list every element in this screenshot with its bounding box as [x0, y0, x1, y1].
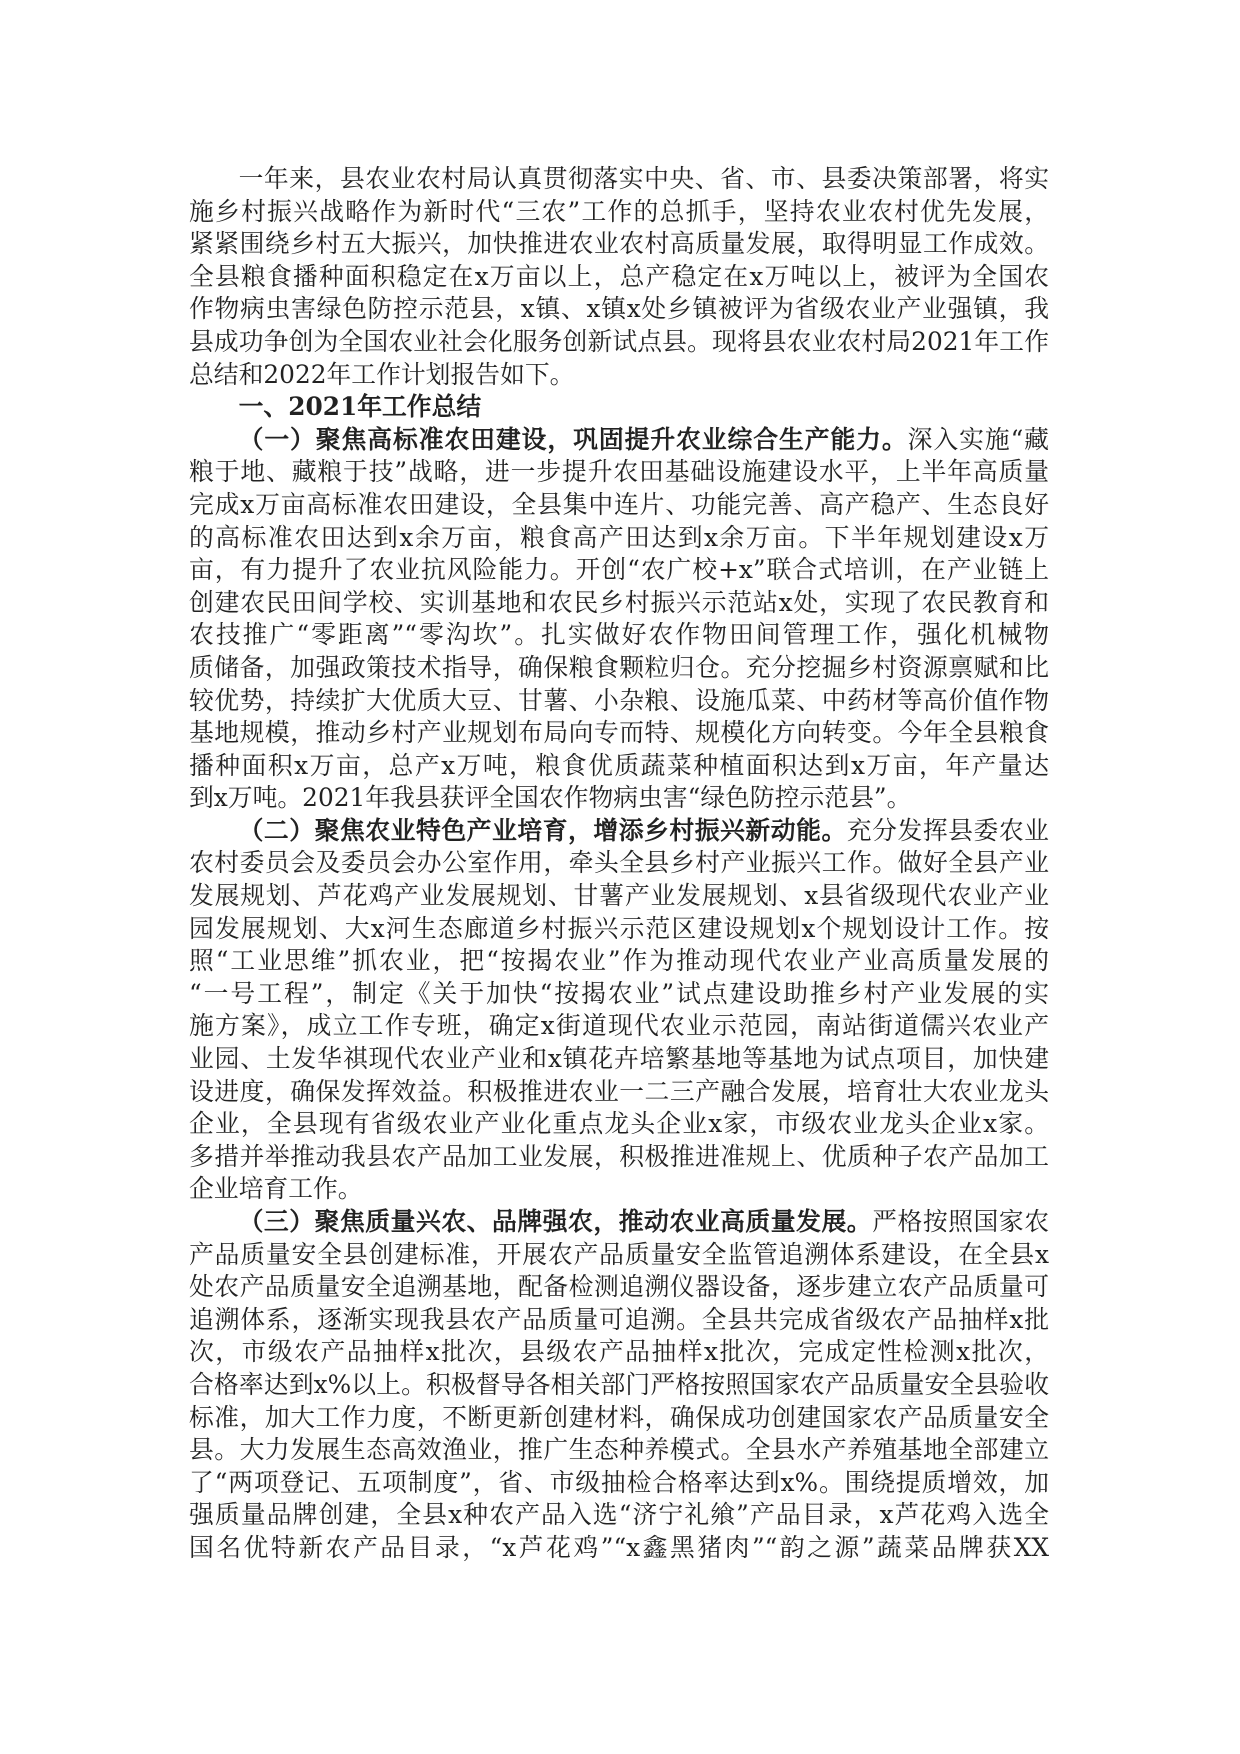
subsection-2-paragraph: （二）聚焦农业特色产业培育，增添乡村振兴新动能。充分发挥县委农业 农村委员会及委… [189, 815, 1049, 1206]
text-line: 全县粮食播种面积稳定在x万亩以上，总产稳定在x万吨以上，被评为全国农 [189, 261, 1049, 294]
text-line: 合格率达到x%以上。积极督导各相关部门严格按照国家农产品质量安全县验收 [189, 1369, 1049, 1402]
text-line: 处农产品质量安全追溯基地，配备检测追溯仪器设备，逐步建立农产品质量可 [189, 1271, 1049, 1304]
section-heading: 一、2021年工作总结 [189, 391, 1049, 424]
text-line: 质储备，加强政策技术指导，确保粮食颗粒归仓。充分挖掘乡村资源禀赋和比 [189, 652, 1049, 685]
text-line: 园发展规划、大x河生态廊道乡村振兴示范区建设规划x个规划设计工作。按 [189, 913, 1049, 946]
text-line: 业园、土发华祺现代农业产业和x镇花卉培繁基地等基地为试点项目，加快建 [189, 1043, 1049, 1076]
subsection-3-paragraph: （三）聚焦质量兴农、品牌强农，推动农业高质量发展。严格按照国家农 产品质量安全县… [189, 1206, 1049, 1565]
text-line: 播种面积x万亩，总产x万吨，粮食优质蔬菜种植面积达到x万亩，年产量达 [189, 750, 1049, 783]
text-line: （二）聚焦农业特色产业培育，增添乡村振兴新动能。充分发挥县委农业 [189, 815, 1049, 848]
text-line: 追溯体系，逐渐实现我县农产品质量可追溯。全县共完成省级农产品抽样x批 [189, 1304, 1049, 1337]
text-line: 到x万吨。2021年我县获评全国农作物病虫害“绿色防控示范县”。 [189, 782, 1049, 815]
text-line: 多措并举推动我县农产品加工业发展，积极推进准规上、优质种子农产品加工 [189, 1141, 1049, 1174]
document-body: 一年来，县农业农村局认真贯彻落实中央、省、市、县委决策部署，将实 施乡村振兴战略… [189, 163, 1049, 1565]
text-line: 强质量品牌创建，全县x种农产品入选“济宁礼飨”产品目录，x芦花鸡入选全 [189, 1499, 1049, 1532]
text-line: 国名优特新农产品目录，“x芦花鸡”“x鑫黑猪肉”“韵之源”蔬菜品牌获XX [189, 1532, 1049, 1565]
text-line: 标准，加大工作力度，不断更新创建材料，确保成功创建国家农产品质量安全 [189, 1402, 1049, 1435]
text-line: 紧紧围绕乡村五大振兴，加快推进农业农村高质量发展，取得明显工作成效。 [189, 228, 1049, 261]
text-line: 创建农民田间学校、实训基地和农民乡村振兴示范站x处，实现了农民教育和 [189, 587, 1049, 620]
text-run: 深入实施“藏 [908, 425, 1049, 454]
text-line: 亩，有力提升了农业抗风险能力。开创“农广校+x”联合式培训，在产业链上 [189, 554, 1049, 587]
text-line: 一年来，县农业农村局认真贯彻落实中央、省、市、县委决策部署，将实 [189, 163, 1049, 196]
heading-text: 一、2021年工作总结 [189, 391, 1049, 424]
text-line: 基地规模，推动乡村产业规划布局向专而特、规模化方向转变。今年全县粮食 [189, 717, 1049, 750]
text-line: （三）聚焦质量兴农、品牌强农，推动农业高质量发展。严格按照国家农 [189, 1206, 1049, 1239]
text-line: 产品质量安全县创建标准，开展农产品质量安全监管追溯体系建设，在全县x [189, 1239, 1049, 1272]
subsection-1-title: （一）聚焦高标准农田建设，巩固提升农业综合生产能力。 [239, 425, 908, 454]
text-line: “一号工程”，制定《关于加快“按揭农业”试点建设助推乡村产业发展的实 [189, 978, 1049, 1011]
text-run: 充分发挥县委农业 [847, 816, 1049, 845]
text-line: 农村委员会及委员会办公室作用，牵头全县乡村产业振兴工作。做好全县产业 [189, 847, 1049, 880]
text-line: 次，市级农产品抽样x批次，县级农产品抽样x批次，完成定性检测x批次， [189, 1336, 1049, 1369]
text-line: 完成x万亩高标准农田建设，全县集中连片、功能完善、高产稳产、生态良好 [189, 489, 1049, 522]
intro-paragraph: 一年来，县农业农村局认真贯彻落实中央、省、市、县委决策部署，将实 施乡村振兴战略… [189, 163, 1049, 391]
text-line: 设进度，确保发挥效益。积极推进农业一二三产融合发展，培育壮大农业龙头 [189, 1076, 1049, 1109]
text-line: 作物病虫害绿色防控示范县，x镇、x镇x处乡镇被评为省级农业产业强镇，我 [189, 293, 1049, 326]
text-line: 县。大力发展生态高效渔业，推广生态种养模式。全县水产养殖基地全部建立 [189, 1434, 1049, 1467]
text-line: 粮于地、藏粮于技”战略，进一步提升农田基础设施建设水平，上半年高质量 [189, 456, 1049, 489]
text-run: 严格按照国家农 [872, 1207, 1049, 1236]
text-line: 企业，全县现有省级农业产业化重点龙头企业x家，市级农业龙头企业x家。 [189, 1108, 1049, 1141]
text-line: 的高标准农田达到x余万亩，粮食高产田达到x余万亩。下半年规划建设x万 [189, 522, 1049, 555]
text-line: 农技推广“零距离”“零沟坎”。扎实做好农作物田间管理工作，强化机械物 [189, 619, 1049, 652]
text-line: 较优势，持续扩大优质大豆、甘薯、小杂粮、设施瓜菜、中药材等高价值作物 [189, 685, 1049, 718]
text-line: 发展规划、芦花鸡产业发展规划、甘薯产业发展规划、x县省级现代农业产业 [189, 880, 1049, 913]
text-line: 施方案》，成立工作专班，确定x街道现代农业示范园，南站街道儒兴农业产 [189, 1010, 1049, 1043]
text-line: 企业培育工作。 [189, 1173, 1049, 1206]
text-line: 总结和2022年工作计划报告如下。 [189, 359, 1049, 392]
text-line: 施乡村振兴战略作为新时代“三农”工作的总抓手，坚持农业农村优先发展， [189, 196, 1049, 229]
subsection-2-title: （二）聚焦农业特色产业培育，增添乡村振兴新动能。 [239, 816, 847, 845]
text-line: 照“工业思维”抓农业，把“按揭农业”作为推动现代农业产业高质量发展的 [189, 945, 1049, 978]
text-line: （一）聚焦高标准农田建设，巩固提升农业综合生产能力。深入实施“藏 [189, 424, 1049, 457]
text-line: 了“两项登记、五项制度”，省、市级抽检合格率达到x%。围绕提质增效，加 [189, 1467, 1049, 1500]
text-line: 县成功争创为全国农业社会化服务创新试点县。现将县农业农村局2021年工作 [189, 326, 1049, 359]
subsection-3-title: （三）聚焦质量兴农、品牌强农，推动农业高质量发展。 [239, 1207, 873, 1236]
subsection-1-paragraph: （一）聚焦高标准农田建设，巩固提升农业综合生产能力。深入实施“藏 粮于地、藏粮于… [189, 424, 1049, 815]
document-page: 一年来，县农业农村局认真贯彻落实中央、省、市、县委决策部署，将实 施乡村振兴战略… [0, 0, 1240, 1754]
